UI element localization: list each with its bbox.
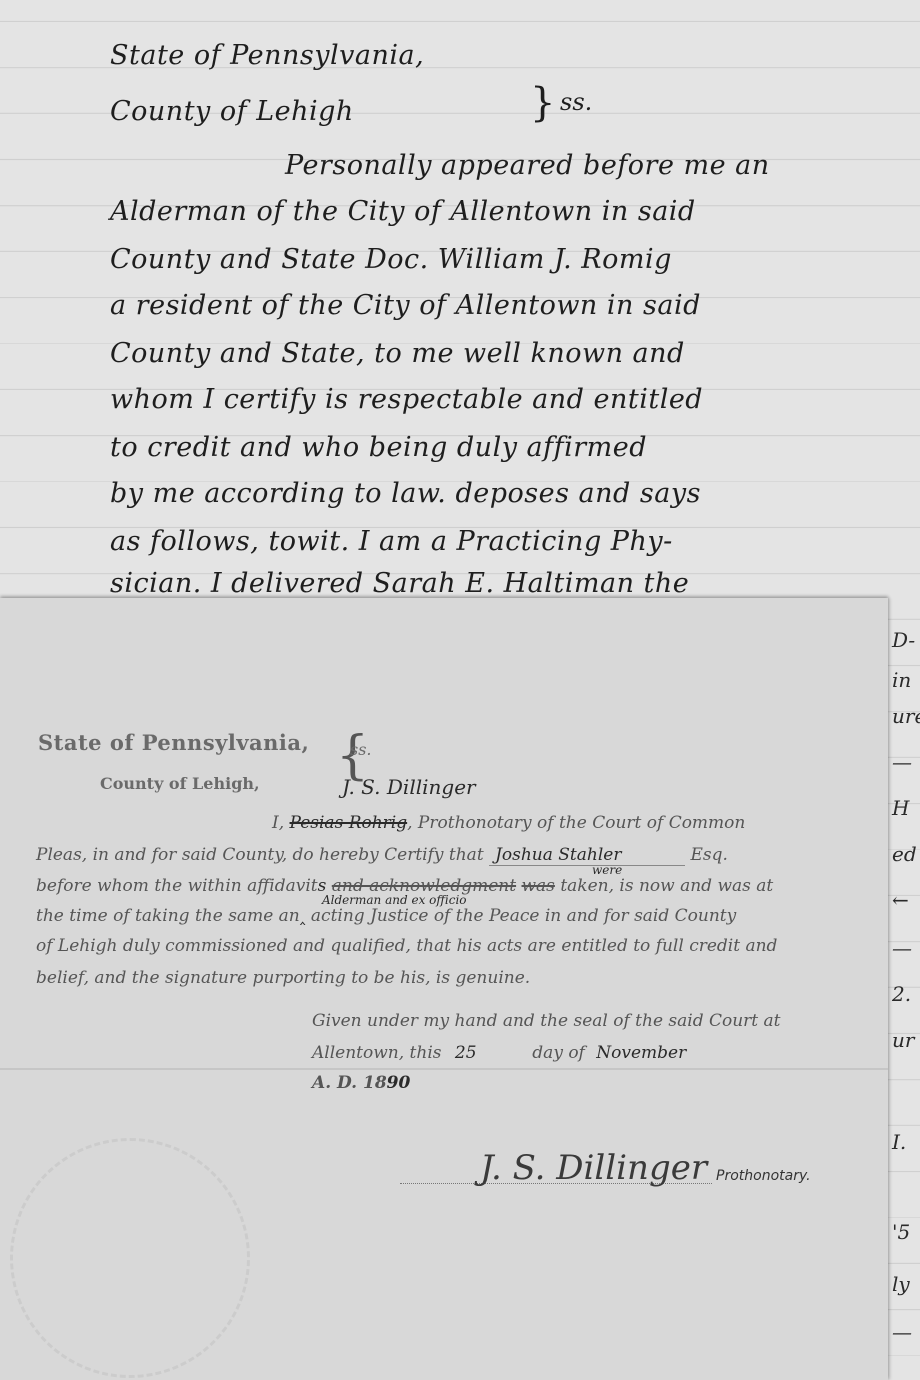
certificate-ss: ss. xyxy=(350,740,372,759)
given-year-suffix: 90 xyxy=(387,1073,411,1093)
edge-fragment: — xyxy=(892,936,912,960)
prothonotary-signature: J. S. Dillinger xyxy=(480,1148,707,1188)
affidavit-line: to credit and who being duly affirmed xyxy=(110,432,647,463)
affidavit-ss: ss. xyxy=(560,88,592,116)
affidavit-line: County and State Doc. William J. Romig xyxy=(110,244,672,275)
affidavit-line: sician. I delivered Sarah E. Haltiman th… xyxy=(110,568,689,599)
certificate-title: State of Pennsylvania, xyxy=(38,730,309,755)
edge-fragment: '5 xyxy=(892,1220,910,1244)
given-mid: day of xyxy=(532,1043,585,1063)
struck-name: Pesias Rohrig xyxy=(290,813,408,833)
given-year-prefix: A. D. 18 xyxy=(312,1073,387,1093)
given-day: 25 xyxy=(447,1043,527,1063)
line-prefix: before whom the within affidavit xyxy=(36,876,318,896)
affidavit-edge-fragments: D- in ure — H ed ← — 2. ur I. '5 ly — xyxy=(888,600,920,1380)
given-line: Allentown, this 25 day of November xyxy=(312,1043,686,1063)
line-suffix: taken, is now and was at xyxy=(560,876,773,896)
edge-fragment: ur xyxy=(892,1028,914,1052)
edge-fragment: in xyxy=(892,668,911,692)
given-line: A. D. 1890 xyxy=(312,1073,410,1093)
affidavit-line: Personally appeared before me an xyxy=(285,150,770,181)
line-suffix: , Prothonotary of the Court of Common xyxy=(407,813,745,833)
certificate-county: County of Lehigh, xyxy=(100,774,260,793)
caret-icon: ‸ xyxy=(300,906,306,926)
inserted-alderman: Alderman and ex officio xyxy=(322,893,467,907)
struck-was: was xyxy=(521,876,554,896)
edge-fragment: ly xyxy=(892,1272,910,1296)
affidavit-line: Alderman of the City of Allentown in sai… xyxy=(110,196,696,227)
embossed-seal-icon xyxy=(10,1138,250,1378)
affidavit-state-heading: State of Pennsylvania, xyxy=(110,40,424,71)
affidavit-county-heading: County of Lehigh xyxy=(110,96,354,127)
affidavit-line: a resident of the City of Allentown in s… xyxy=(110,290,701,321)
line-suffix: Esq. xyxy=(690,845,727,865)
given-prefix: Allentown, this xyxy=(312,1043,441,1063)
edge-fragment: I. xyxy=(892,1130,906,1154)
line-suffix: acting Justice of the Peace in and for s… xyxy=(311,906,736,926)
brace-icon: } xyxy=(530,80,555,126)
edge-fragment: — xyxy=(892,750,912,774)
edge-fragment: D- xyxy=(892,628,915,652)
edge-fragment: 2. xyxy=(892,982,911,1006)
certificate-sheet: State of Pennsylvania, County of Lehigh,… xyxy=(0,598,888,1380)
edge-fragment: ed xyxy=(892,842,917,866)
line-prefix: the time of taking the same an xyxy=(36,906,300,926)
line-prefix: I, xyxy=(272,813,284,833)
affidavit-line: as follows, towit. I am a Practicing Phy… xyxy=(110,526,673,557)
certificate-line: I, Pesias Rohrig, Prothonotary of the Co… xyxy=(272,813,745,833)
affidavit-line: County and State, to me well known and xyxy=(110,338,685,369)
given-line: Given under my hand and the seal of the … xyxy=(312,1011,781,1031)
line-prefix: Pleas, in and for said County, do hereby… xyxy=(36,845,484,865)
certificate-line: of Lehigh duly commissioned and qualifie… xyxy=(36,936,777,956)
certificate-line: belief, and the signature purporting to … xyxy=(36,968,530,988)
signature-title: Prothonotary. xyxy=(716,1168,811,1184)
edge-fragment: ← xyxy=(892,888,909,912)
inserted-prothonotary-name: J. S. Dillinger xyxy=(342,775,476,799)
given-month: November xyxy=(590,1043,686,1063)
affidavit-line: whom I certify is respectable and entitl… xyxy=(110,384,703,415)
certificate-line: Pleas, in and for said County, do hereby… xyxy=(36,845,728,866)
edge-fragment: ure xyxy=(892,704,920,728)
affidavit-line: by me according to law. deposes and says xyxy=(110,478,701,509)
certificate-line: the time of taking the same an‸ acting J… xyxy=(36,906,736,926)
edge-fragment: — xyxy=(892,1320,912,1344)
justice-name: Joshua Stahler xyxy=(489,845,685,866)
inserted-were: were xyxy=(592,863,622,877)
paper-fold xyxy=(0,1068,888,1070)
edge-fragment: H xyxy=(892,796,909,820)
